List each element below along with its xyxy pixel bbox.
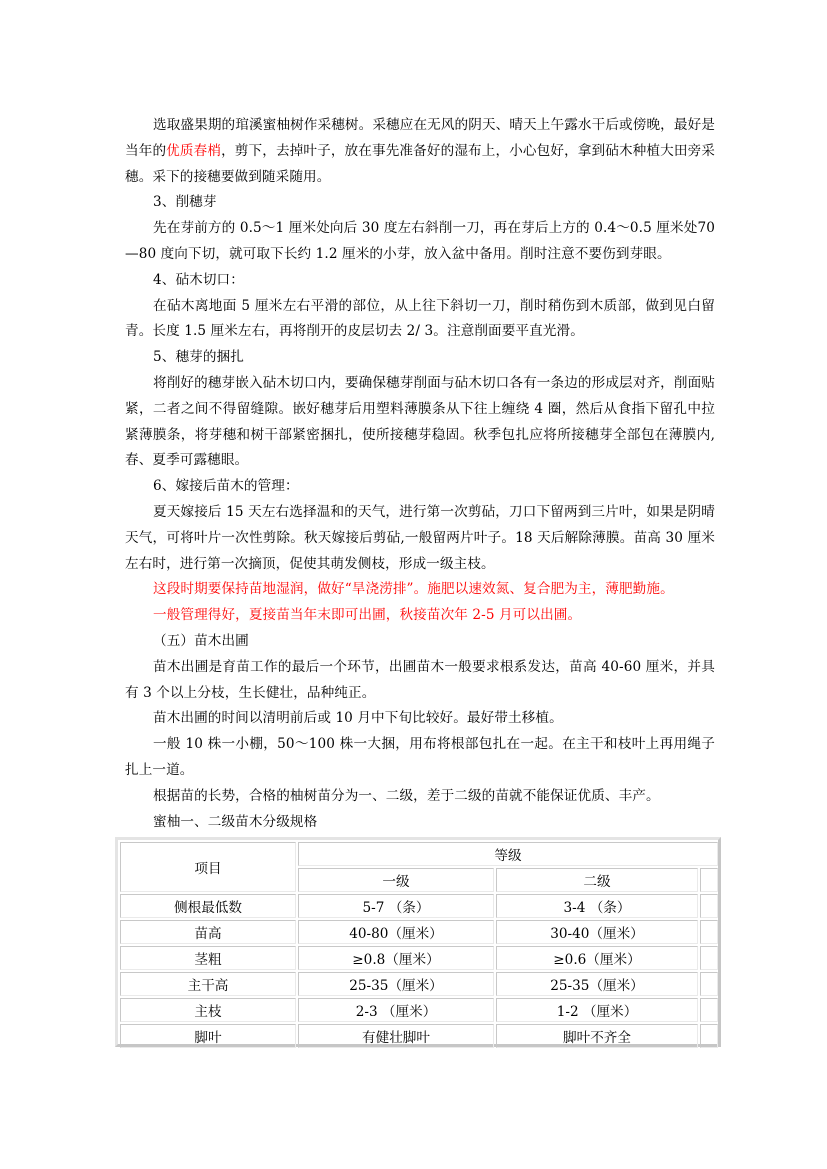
heading-3: 3、削穗芽: [125, 190, 715, 216]
cell-item: 主枝: [120, 998, 296, 1022]
table-caption: 蜜柚一、二级苗木分级规格: [125, 810, 715, 836]
cell-item: 脚叶: [120, 1024, 296, 1048]
header-item: 项目: [120, 842, 296, 892]
paragraph-nursery-3: 一般 10 株一小棚，50～100 株一大捆，用布将根部包扎在一起。在主干和枝叶…: [125, 732, 715, 784]
paragraph-nursery-4: 根据苗的长势，合格的柚树苗分为一、二级，差于二级的苗就不能保证优质、丰产。: [125, 784, 715, 810]
cell-grade2: 3-4 （条）: [496, 894, 698, 918]
paragraph-3: 先在芽前方的 0.5～1 厘米处向后 30 度左右斜削一刀，再在芽后上方的 0.…: [125, 216, 715, 268]
red-note-1: 这段时期要保持苗地湿润，做好“旱浇涝排”。施肥以速效氮、复合肥为主，薄肥勤施。: [125, 577, 715, 603]
heading-4: 4、砧木切口：: [125, 268, 715, 294]
heading-5: 5、穗芽的捆扎: [125, 345, 715, 371]
header-grade-1: 一级: [298, 868, 494, 892]
cell-grade1: 5-7 （条）: [298, 894, 494, 918]
paragraph-scion-collection: 选取盛果期的琯溪蜜柚树作采穗树。采穗应在无风的阴天、晴天上午露水干后或傍晚，最好…: [125, 113, 715, 190]
document-body: 选取盛果期的琯溪蜜柚树作采穗树。采穗应在无风的阴天、晴天上午露水干后或傍晚，最好…: [125, 113, 715, 835]
heading-section-5: （五）苗木出圃: [125, 629, 715, 655]
highlight-text: 优质春梢: [166, 143, 221, 159]
cell-item: 侧根最低数: [120, 894, 296, 918]
header-grade-group: 等级: [298, 842, 718, 866]
table-row: 主枝 2-3 （厘米） 1-2 （厘米）: [120, 998, 718, 1022]
cell-grade2: 25-35（厘米）: [496, 972, 698, 996]
cell-item: 茎粗: [120, 946, 296, 970]
cell-item: 主干高: [120, 972, 296, 996]
cell-grade2: ≥0.6（厘米）: [496, 946, 698, 970]
cell-grade1: 25-35（厘米）: [298, 972, 494, 996]
cell-grade1: 40-80（厘米）: [298, 920, 494, 944]
cell-grade1: 2-3 （厘米）: [298, 998, 494, 1022]
table-row: 茎粗 ≥0.8（厘米） ≥0.6（厘米）: [120, 946, 718, 970]
paragraph-5: 将削好的穗芽嵌入砧木切口内，要确保穗芽削面与砧木切口各有一条边的形成层对齐，削面…: [125, 371, 715, 474]
paragraph-nursery-1: 苗木出圃是育苗工作的最后一个环节，出圃苗木一般要求根系发达，苗高 40-60 厘…: [125, 655, 715, 707]
paragraph-4: 在砧木离地面 5 厘米左右平滑的部位，从上往下斜切一刀，削时稍伤到木质部，做到见…: [125, 294, 715, 346]
heading-6: 6、嫁接后苗木的管理：: [125, 474, 715, 500]
empty-cell: [700, 946, 718, 970]
cell-item: 苗高: [120, 920, 296, 944]
cell-grade2: 脚叶不齐全: [496, 1024, 698, 1048]
empty-cell: [700, 998, 718, 1022]
cell-grade2: 30-40（厘米）: [496, 920, 698, 944]
cell-grade1: 有健壮脚叶: [298, 1024, 494, 1048]
table-row: 侧根最低数 5-7 （条） 3-4 （条）: [120, 894, 718, 918]
grading-table: 项目 等级 一级 二级 侧根最低数 5-7 （条） 3-4 （条） 苗高 40-…: [115, 837, 721, 1047]
empty-cell: [700, 894, 718, 918]
table-row: 脚叶 有健壮脚叶 脚叶不齐全: [120, 1024, 718, 1048]
red-note-2: 一般管理得好，夏接苗当年末即可出圃，秋接苗次年 2-5 月可以出圃。: [125, 603, 715, 629]
empty-cell: [700, 972, 718, 996]
table-row: 主干高 25-35（厘米） 25-35（厘米）: [120, 972, 718, 996]
empty-cell: [700, 1024, 718, 1048]
cell-grade1: ≥0.8（厘米）: [298, 946, 494, 970]
header-grade-2: 二级: [496, 868, 698, 892]
empty-cell: [700, 868, 718, 892]
paragraph-nursery-2: 苗木出圃的时间以清明前后或 10 月中下旬比较好。最好带土移植。: [125, 706, 715, 732]
table-row: 苗高 40-80（厘米） 30-40（厘米）: [120, 920, 718, 944]
cell-grade2: 1-2 （厘米）: [496, 998, 698, 1022]
empty-cell: [700, 920, 718, 944]
paragraph-6: 夏天嫁接后 15 天左右选择温和的天气，进行第一次剪砧，刀口下留两到三片叶，如果…: [125, 500, 715, 577]
